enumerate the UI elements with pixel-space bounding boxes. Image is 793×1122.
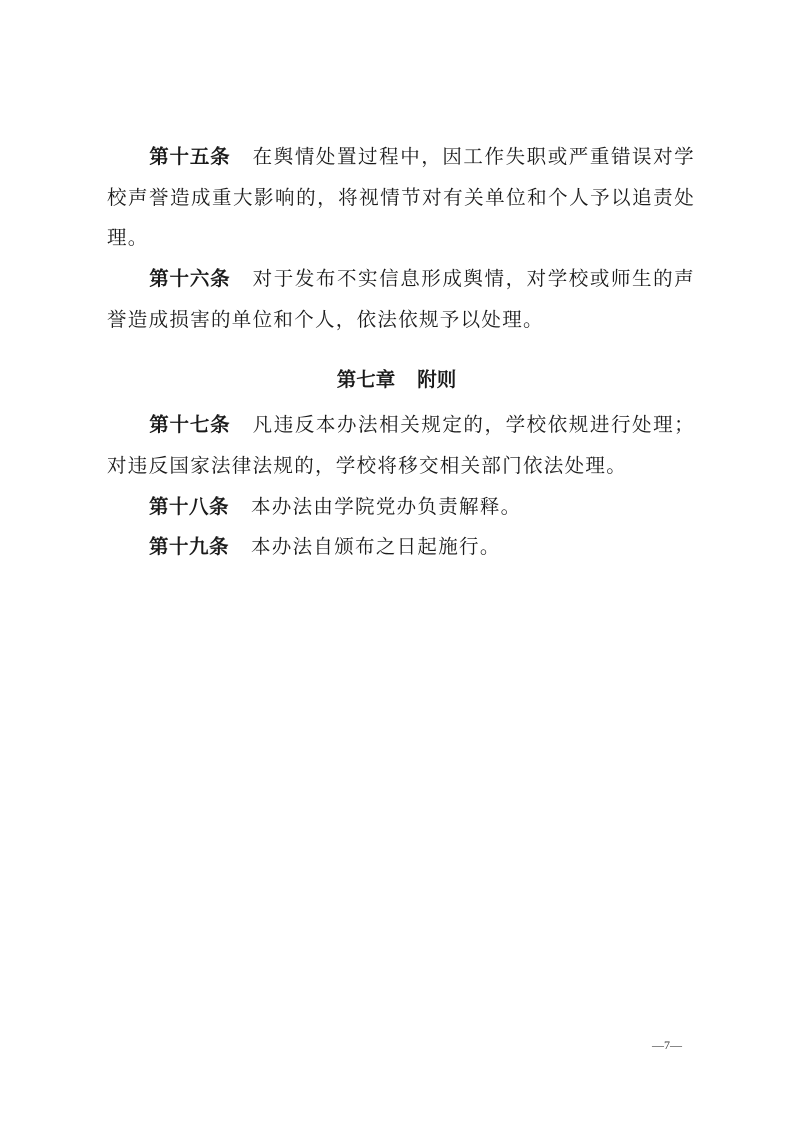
article-17: 第十七条凡违反本办法相关规定的，学校依规进行处理；对违反国家法律法规的，学校将移… — [107, 405, 695, 486]
article-text: 本办法由学院党办负责解释。 — [251, 495, 521, 518]
article-label: 第十七条 — [149, 413, 230, 436]
chapter-heading: 第七章附则 — [0, 360, 793, 400]
article-15: 第十五条在舆情处置过程中，因工作失职或严重错误对学校声誉造成重大影响的，将视情节… — [107, 137, 695, 259]
page-number: —7— — [652, 1038, 682, 1053]
chapter-title: 附则 — [417, 368, 456, 391]
chapter-number: 第七章 — [337, 368, 396, 391]
document-page: 第十五条在舆情处置过程中，因工作失职或严重错误对学校声誉造成重大影响的，将视情节… — [0, 0, 793, 1122]
article-label: 第十八条 — [149, 495, 229, 518]
article-19: 第十九条本办法自颁布之日起施行。 — [107, 527, 695, 568]
article-text: 本办法自颁布之日起施行。 — [251, 535, 501, 558]
article-label: 第十六条 — [149, 267, 230, 290]
article-16: 第十六条对于发布不实信息形成舆情，对学校或师生的声誉造成损害的单位和个人，依法依… — [107, 259, 695, 340]
article-label: 第十九条 — [149, 535, 229, 558]
article-label: 第十五条 — [149, 145, 230, 168]
article-18: 第十八条本办法由学院党办负责解释。 — [107, 487, 695, 528]
